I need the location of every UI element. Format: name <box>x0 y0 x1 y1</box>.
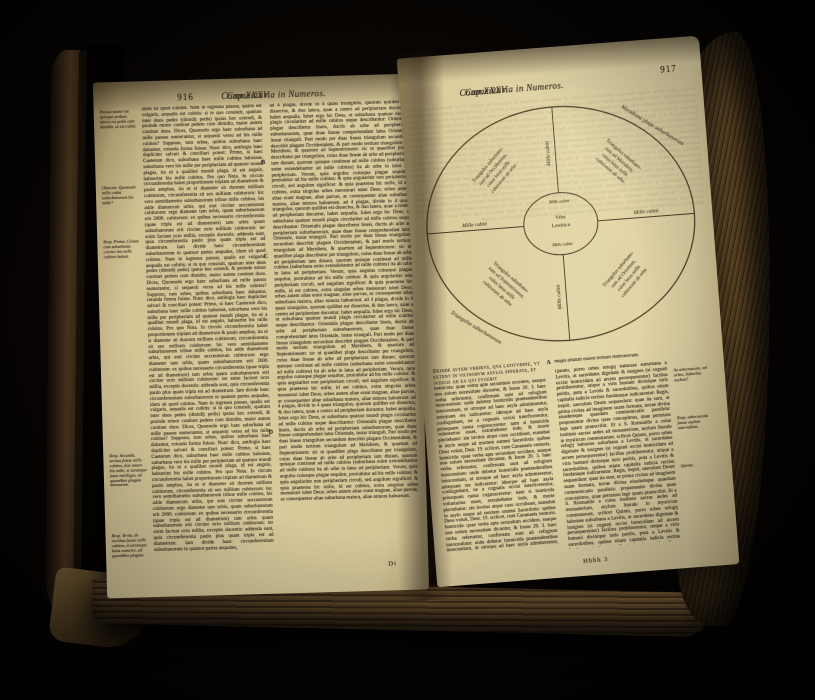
diagram-quadrant-bottom-right: Triangulus suburbano- rum ad Orientem, c… <box>602 251 651 303</box>
diagram-center-arc-bottom: Mille cubiti <box>551 241 573 248</box>
right-page-column-2: magis dilatati essent termini Hebraeorum… <box>554 351 681 555</box>
margin-note: Resp. Prima, Civitas cum suburbanis circ… <box>103 239 142 286</box>
right-running-header: Commentaria in Numeros. Cap.XXXV. <box>459 88 465 98</box>
left-page-catchword: Di <box>388 560 397 567</box>
left-page-column-2: ad 4 plagas, divide in 4 quasi triangulo… <box>270 100 421 572</box>
left-page-number: 916 <box>177 92 194 102</box>
section-letter: D <box>269 430 274 436</box>
right-header-chapter: Cap.XXXV. <box>464 84 509 97</box>
diagram-center-arc-top: Mille cubiti <box>548 198 570 205</box>
diagram-arm-label-top: Mille cubiti <box>544 140 552 167</box>
column-body: Quinto, porro urbes refugij habuisse sub… <box>555 361 680 549</box>
margin-note: Passus maior est quinque pedum; minor es… <box>100 109 139 162</box>
right-page-column-1: Deinde avtem vrbibvs, qva latitvdine, vt… <box>433 360 560 564</box>
margin-note: Resp. Tertia, de turribus fuisse mille c… <box>111 533 150 588</box>
book-photo: 916 Commentaria in Numeros. Cap.XXXV. Pa… <box>0 0 815 700</box>
margin-note: Resp. tabernacula fuisse asylum interval… <box>677 414 714 451</box>
diagram-quadrant-top-right: Triangulus suburbano- rum ad Meridiem, c… <box>591 138 643 187</box>
section-letter: B <box>261 160 265 166</box>
section-letter: A <box>546 360 551 366</box>
margin-note: Quinta. <box>681 462 716 481</box>
diagram-outer-label-top-right: Meridiana plaga suburbanorum <box>619 104 684 147</box>
left-page-column-1: idem sit quod cubitus. Nam in ingressu p… <box>142 104 275 575</box>
right-page-number: 917 <box>660 63 677 74</box>
right-page: Commentaria in Numeros. Cap.XXXV. 917 Qu… <box>397 36 740 588</box>
column-body: homicida: quae verba apte secundum occid… <box>434 378 558 552</box>
levitical-city-diagram: Meridiana plaga suburbanorum Triangulus … <box>408 86 715 363</box>
diagram-quadrant-top-left: Triangulus suburbano- rum ad Occidentem,… <box>472 146 521 198</box>
margin-note: Resp. Secunda, veritas fuisse mille cubi… <box>109 453 149 528</box>
diagram-arm-label-left: Mille cubiti <box>461 221 488 229</box>
diagram-center-line-2: Leuitica <box>552 222 571 229</box>
left-header-chapter: Cap.XXXV. <box>226 90 270 101</box>
left-page: 916 Commentaria in Numeros. Cap.XXXV. Pa… <box>93 74 429 599</box>
margin-note: Obiectio. Quomodo mille cubiti suburbano… <box>102 185 141 226</box>
diagram-quadrant-bottom-left: Triangulus suburbano- rum ad Septentrion… <box>478 261 530 311</box>
diagram-center-line-1: Vrbs <box>555 214 566 221</box>
diagram-arm-label-right: Mille cubiti <box>632 208 659 216</box>
margin-note: An tabernacula, vel urbes, Suburbia asyl… <box>673 366 710 403</box>
section-letter: C <box>264 254 269 260</box>
diagram-arm-label-bottom: Mille cubiti <box>555 284 563 311</box>
left-running-header: Commentaria in Numeros. Cap.XXXV. <box>221 91 227 101</box>
